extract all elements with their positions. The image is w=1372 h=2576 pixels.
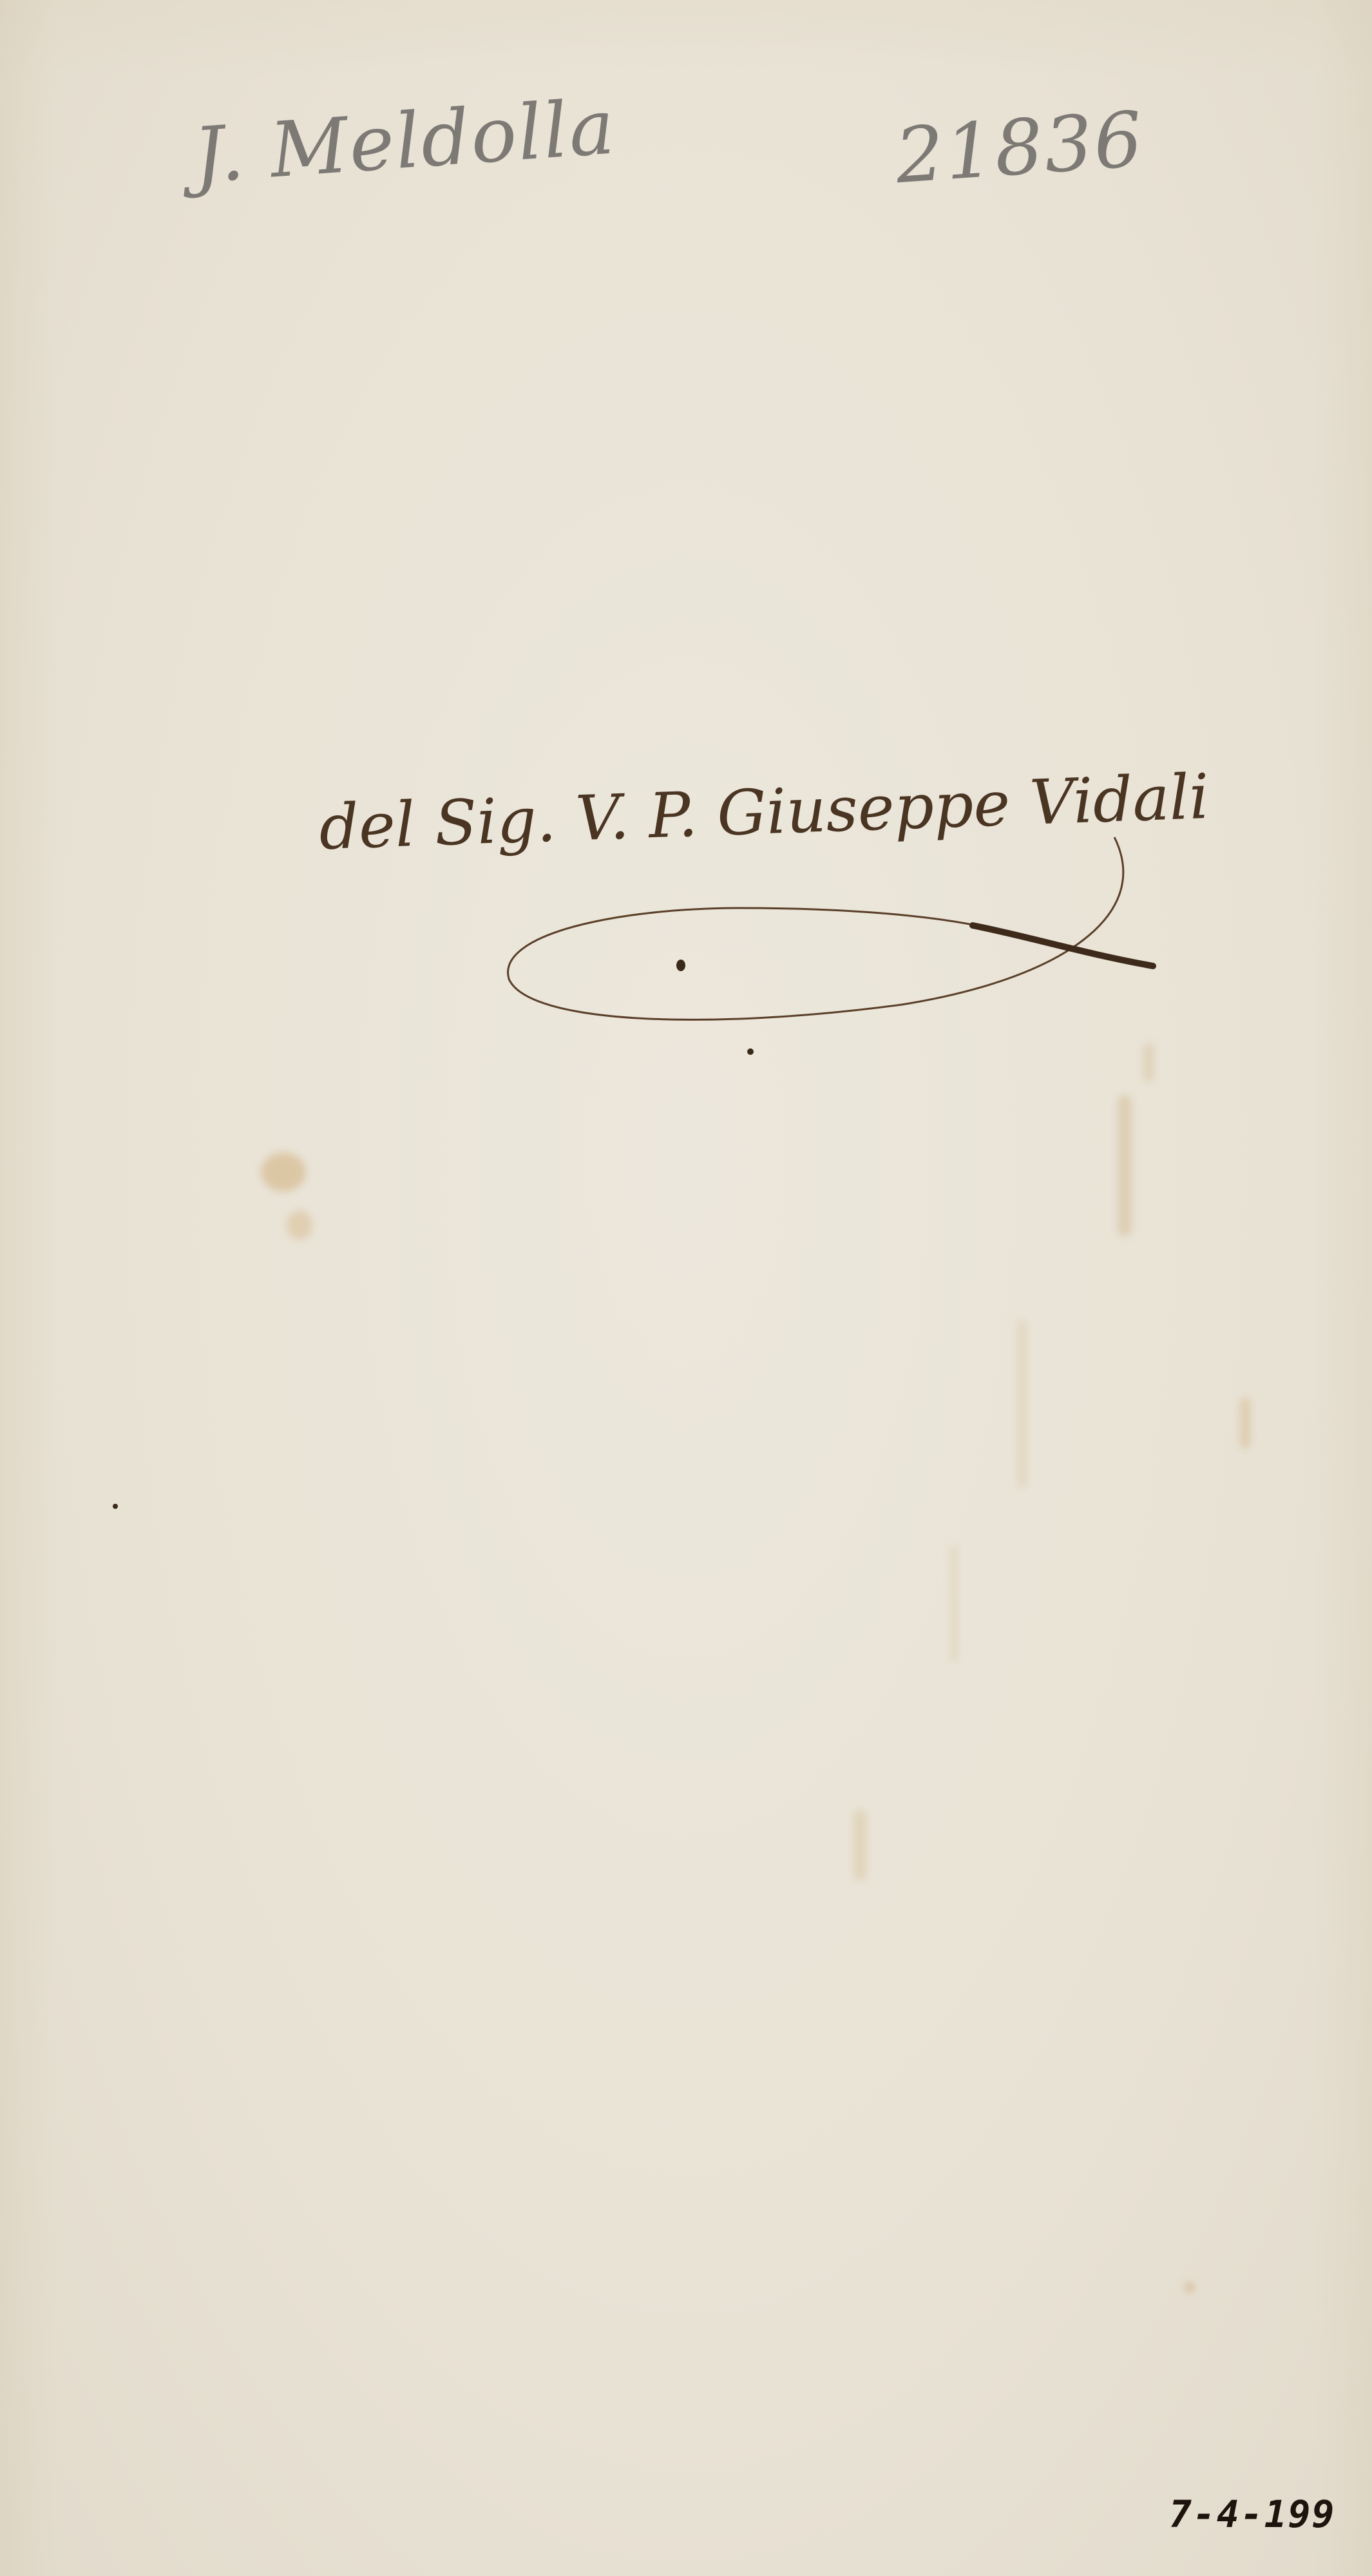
paper-sheet: J. Meldolla 21836 del Sig. V. P. Giusepp…	[0, 0, 1372, 2576]
pen-flourish	[0, 0, 1372, 2576]
inventory-stamp: 7-4-199	[1169, 2492, 1335, 2536]
